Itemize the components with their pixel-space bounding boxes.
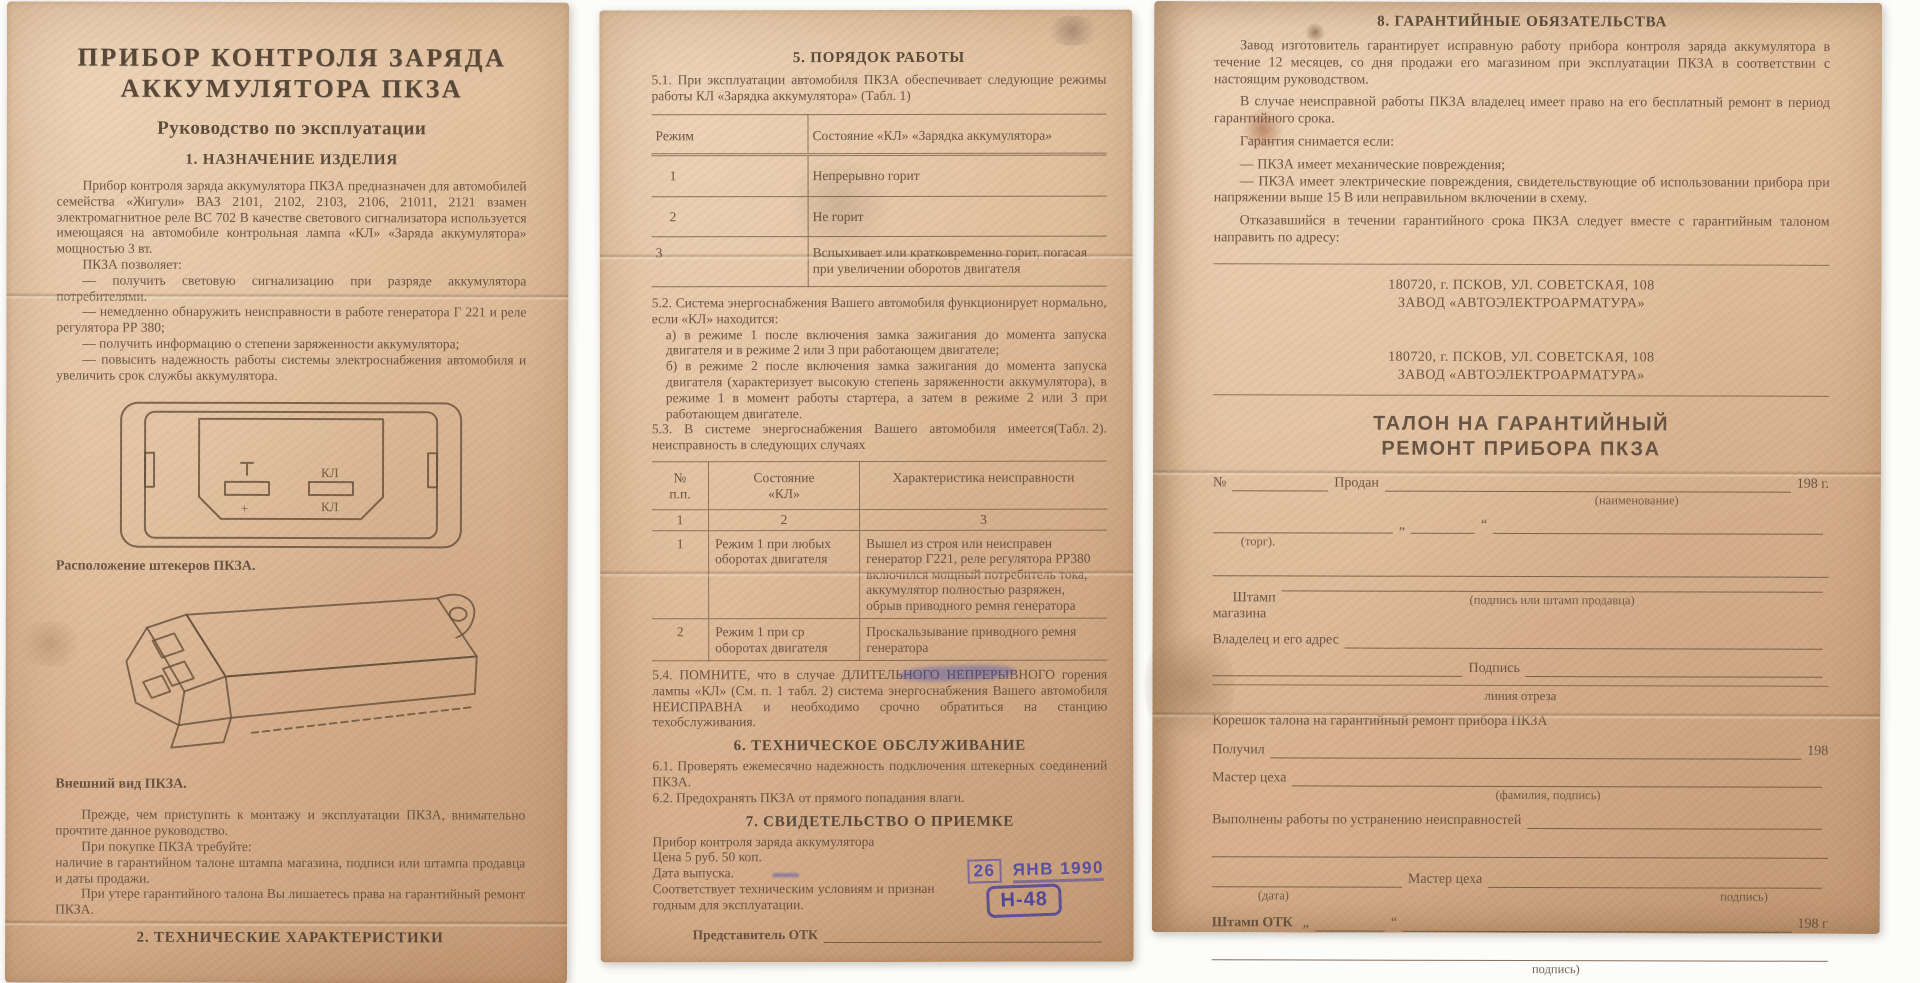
purpose-paragraph: Прибор контроля заряда аккумулятора ПКЗА… xyxy=(56,178,526,258)
acceptance-block: Прибор контроля заряда аккумулятора Цена… xyxy=(652,833,1107,913)
otk-representative-label: Представитель ОТК xyxy=(693,927,818,943)
faults-table: № п.п. Состояние «КЛ» Характеристика неи… xyxy=(652,461,1107,662)
header-fault: Характеристика неисправности xyxy=(859,461,1107,509)
master-caption: (фамилия, подпись) xyxy=(1495,788,1600,803)
table-row: 2 Не горит xyxy=(652,196,1107,237)
warranty-paragraph-2: В случае неисправной работы ПКЗА владеле… xyxy=(1214,95,1830,130)
sold-row: № Продан 198 г. xyxy=(1213,475,1829,493)
works-row: Выполнены работы по устранению неисправн… xyxy=(1212,812,1828,830)
device-name-line: Прибор контроля заряда аккумулятора xyxy=(652,833,1107,849)
form-blank xyxy=(1232,476,1328,491)
figure-label-kl-top: КЛ xyxy=(321,465,339,480)
section-2-heading: 2. ТЕХНИЧЕСКИЕ ХАРАКТЕРИСТИКИ xyxy=(55,929,525,947)
form-blank xyxy=(1212,945,1828,962)
header-state: Состояние «КЛ» xyxy=(708,462,859,510)
bullet-1: — получить световую сигнализацию при раз… xyxy=(56,272,526,305)
paragraph-5-4: 5.4. ПОМНИТЕ, что в случае ДЛИТЕЛЬНОГО Н… xyxy=(652,667,1107,731)
form-blank xyxy=(1212,842,1828,859)
manual-subtitle: Руководство по эксплуатации xyxy=(57,118,527,141)
fault-cell: Проскальзывание приводного ремня генерат… xyxy=(860,618,1108,660)
stain xyxy=(1042,16,1102,46)
form-blank xyxy=(1292,771,1822,787)
paragraph-5-1: 5.1. При эксплуатации автомобиля ПКЗА об… xyxy=(651,72,1106,104)
shop-word: магазина xyxy=(1213,606,1276,622)
table-header-row: № п.п. Состояние «КЛ» Характеристика неи… xyxy=(652,461,1107,510)
manual-title: ПРИБОР КОНТРОЛЯ ЗАРЯДА АККУМУЛЯТОРА ПКЗА xyxy=(57,42,527,105)
table-row: 3 Вспыхивает или кратковременно горит, п… xyxy=(652,236,1107,287)
state-cell: Не горит xyxy=(808,196,1107,237)
caption-row: (фамилия, подпись) xyxy=(1212,787,1828,804)
paragraph-5-3: (Табл. 2). 5.3. В системе энергоснабжени… xyxy=(652,421,1107,453)
quote-close: “ xyxy=(1391,915,1397,931)
section-7-heading: 7. СВИДЕТЕЛЬСТВО О ПРИЕМКЕ xyxy=(652,813,1107,831)
table-index-row: 1 2 3 xyxy=(652,509,1107,530)
form-blank xyxy=(1488,872,1822,888)
shop-stamp-label: Штамп магазина xyxy=(1213,590,1276,622)
modes-table: Режим Состояние «КЛ» «Зарядка аккумулято… xyxy=(651,113,1106,287)
address-line-1: 180720, г. ПСКОВ, УЛ. СОВЕТСКАЯ, 108 xyxy=(1213,348,1829,368)
state-cell: Непрерывно горит xyxy=(808,154,1107,196)
title-line-2: АККУМУЛЯТОРА ПКЗА xyxy=(57,73,527,105)
paragraph-6-1: 6.1. Проверять ежемесячно надежность под… xyxy=(652,758,1107,790)
table-row: 1 Режим 1 при любых оборотах двигателя В… xyxy=(652,530,1107,619)
warranty-bullet-2: — ПКЗА имеет электрические повреждения, … xyxy=(1214,174,1830,209)
form-blank xyxy=(1411,518,1475,533)
fold-crease xyxy=(5,919,567,927)
date-master-row: Мастер цеха xyxy=(1212,871,1828,889)
index-cell: 2 xyxy=(709,510,860,531)
cut-rule xyxy=(1212,684,1828,687)
seller-caption: (подпись или штамп продавца) xyxy=(1276,592,1829,608)
quote-close: “ xyxy=(1481,518,1487,534)
otk-signature-row: Представитель ОТК xyxy=(653,926,1108,943)
received-label: Получил xyxy=(1212,742,1264,758)
section-8-heading: 8. ГАРАНТИЙНЫЕ ОБЯЗАТЕЛЬСТВА xyxy=(1214,13,1830,32)
otk-stamp-label: Штамп ОТК xyxy=(1212,915,1293,931)
name-caption: (наименование) xyxy=(1595,493,1679,508)
state-cell: Режим 1 при ср оборотах двигателя xyxy=(709,619,860,661)
figure-label-kl-bottom: КЛ xyxy=(321,499,339,514)
allows-paragraph: ПКЗА позволяет: xyxy=(56,257,526,274)
scanned-manual-pkza: ПРИБОР КОНТРОЛЯ ЗАРЯДА АККУМУЛЯТОРА ПКЗА… xyxy=(0,0,1920,983)
signature-row: Подпись xyxy=(1212,660,1828,678)
paragraph-5-2b: б) в режиме 2 после включения замка зажи… xyxy=(652,358,1107,422)
bullet-4: — повысить надежность работы системы эле… xyxy=(56,351,526,384)
figure-1-caption: Расположение штекеров ПКЗА. xyxy=(56,559,526,576)
conformity-line: Соответствует техническим условиям и при… xyxy=(653,881,935,913)
torg-caption: (торг). xyxy=(1241,534,1275,549)
form-blank xyxy=(1271,743,1802,759)
form-no-label: № xyxy=(1213,475,1226,491)
warranty-return-paragraph: Отказавшийся в течении гарантийного срок… xyxy=(1214,213,1830,248)
blank-row xyxy=(1213,561,1829,578)
paragraph-5-4-wrap: 5.4. ПОМНИТЕ, что в случае ДЛИТЕЛЬНОГО Н… xyxy=(652,667,1107,731)
mode-cell: 2 xyxy=(652,196,809,237)
table-row: 2 Режим 1 при ср оборотах двигателя Прос… xyxy=(652,618,1107,661)
section-1-heading: 1. НАЗНАЧЕНИЕ ИЗДЕЛИЯ xyxy=(57,152,527,170)
coupon-title-line-2: РЕМОНТ ПРИБОРА ПКЗА xyxy=(1213,436,1829,463)
form-blank xyxy=(1403,916,1791,932)
date-stamp: 26 ЯНВ 1990 xyxy=(967,858,1104,882)
form-sold-label: Продан xyxy=(1334,475,1379,491)
figure-2-caption: Внешний вид ПКЗА. xyxy=(55,777,525,794)
figure-label-plus: + xyxy=(241,501,248,516)
date-stamp-day: 26 xyxy=(967,858,1002,883)
year-label: 198 г xyxy=(1798,916,1828,932)
table-2-reference: (Табл. 2). xyxy=(1054,421,1107,437)
fault-cell: Вышел из строя или неисправен генератор … xyxy=(860,530,1108,619)
number-cell: 1 xyxy=(652,530,709,619)
form-blank xyxy=(1526,662,1823,678)
form-blank xyxy=(1345,633,1823,649)
form-blank xyxy=(1212,872,1402,887)
section-5-heading: 5. ПОРЯДОК РАБОТЫ xyxy=(651,50,1106,68)
date-caption: (дата) xyxy=(1258,888,1289,903)
master-2-label: Мастер цеха xyxy=(1408,871,1482,887)
form-blank xyxy=(1212,661,1462,677)
quote-open: „ xyxy=(1303,915,1309,931)
shop-stamp-blank: (подпись или штамп продавца) xyxy=(1276,590,1829,608)
signature-label: Подпись xyxy=(1468,661,1519,677)
caption-row: подпись) xyxy=(1212,961,1828,978)
cut-line-label: линия отреза xyxy=(1212,687,1828,705)
table-row: 1 Непрерывно горит xyxy=(652,154,1107,196)
index-cell: 3 xyxy=(860,509,1108,530)
factory-address-repeat: 180720, г. ПСКОВ, УЛ. СОВЕТСКАЯ, 108 ЗАВ… xyxy=(1213,348,1829,386)
form-blank xyxy=(824,927,1102,942)
header-number: № п.п. xyxy=(652,462,709,510)
torg-row: „ “ xyxy=(1213,517,1829,535)
paragraph-5-2: 5.2. Система энергоснабжения Вашего авто… xyxy=(652,295,1107,327)
master-row: Мастер цеха xyxy=(1212,770,1828,788)
coupon-title-line-1: ТАЛОН НА ГАРАНТИЙНЫЙ xyxy=(1213,411,1829,438)
before-install-paragraph: Прежде, чем приступить к монтажу и экспл… xyxy=(55,807,525,840)
bullet-3: — получить информацию о степени заряженн… xyxy=(56,335,526,352)
divider xyxy=(1213,394,1829,397)
otk-stamp-row: Штамп ОТК „ “ 198 г xyxy=(1212,915,1828,933)
form-blank xyxy=(1493,519,1823,535)
mode-cell: 3 xyxy=(652,237,809,287)
caption-row: (торг). xyxy=(1213,534,1829,551)
connector-layout-figure: + КЛ КЛ xyxy=(117,399,465,552)
warranty-note-paragraph: наличие в гарантийном талоне штампа мага… xyxy=(55,854,525,887)
owner-label: Владелец и его адрес xyxy=(1213,632,1339,648)
stamp-word: Штамп xyxy=(1233,590,1276,606)
table-header-row: Режим Состояние «КЛ» «Зарядка аккумулято… xyxy=(651,114,1106,155)
paragraph-5-2a: а) в режиме 1 после включения замка зажи… xyxy=(652,326,1107,358)
divider xyxy=(1214,263,1830,266)
number-cell: 2 xyxy=(652,619,709,661)
bullet-2: — немедленно обнаружить неисправности в … xyxy=(56,304,526,337)
stub-text: Корешок талона на гарантийный ремонт при… xyxy=(1212,713,1693,731)
mode-cell: 1 xyxy=(652,155,809,197)
page-2-operation: 5. ПОРЯДОК РАБОТЫ 5.1. При эксплуатации … xyxy=(599,10,1133,963)
sign-caption: подпись) xyxy=(1532,962,1580,977)
purchase-paragraph: При покупке ПКЗА требуйте: xyxy=(55,838,525,855)
date-stamp-rest: ЯНВ 1990 xyxy=(1012,858,1104,884)
state-cell: Вспыхивает или кратковременно горит, пог… xyxy=(808,236,1107,286)
warranty-paragraph-1: Завод изготовитель гарантирует исправную… xyxy=(1214,38,1830,90)
owner-row: Владелец и его адрес xyxy=(1213,632,1829,650)
master-label: Мастер цеха xyxy=(1212,770,1286,786)
section-6-heading: 6. ТЕХНИЧЕСКОЕ ОБСЛУЖИВАНИЕ xyxy=(652,738,1107,756)
paragraph-6-2: 6.2. Предохранять ПКЗА от прямого попада… xyxy=(652,790,1107,806)
warranty-coupon-form: № Продан 198 г. (наименование) „ “ (торг… xyxy=(1212,475,1829,977)
received-row: Получил 198 xyxy=(1212,742,1828,760)
form-year-label: 198 г. xyxy=(1797,476,1829,492)
otk-box-stamp: Н-48 xyxy=(986,883,1062,918)
title-line-1: ПРИБОР КОНТРОЛЯ ЗАРЯДА xyxy=(57,42,527,74)
sign-caption: подпись) xyxy=(1720,889,1768,904)
coupon-title: ТАЛОН НА ГАРАНТИЙНЫЙ РЕМОНТ ПРИБОРА ПКЗА xyxy=(1213,411,1829,463)
blank-row xyxy=(1212,842,1828,859)
works-text: Выполнены работы по устранению неисправн… xyxy=(1212,812,1521,829)
loss-note-paragraph: При утере гарантийного талона Вы лишаете… xyxy=(55,886,525,919)
state-cell: Режим 1 при любых оборотах двигателя xyxy=(709,530,860,619)
form-blank xyxy=(1213,561,1829,578)
shop-stamp-row: Штамп магазина (подпись или штамп продав… xyxy=(1213,590,1829,624)
year-label: 198 xyxy=(1807,743,1828,759)
form-blank xyxy=(1527,814,1822,830)
quote-open: „ xyxy=(1399,517,1405,533)
warranty-paragraph-3: Гарантия снимается если: xyxy=(1214,134,1830,152)
device-exterior-figure xyxy=(59,583,511,762)
index-cell: 1 xyxy=(652,510,709,531)
address-line-2: ЗАВОД «АВТОЭЛЕКТРОАРМАТУРА» xyxy=(1213,366,1829,386)
caption-row: (дата) подпись) xyxy=(1212,888,1828,905)
header-state: Состояние «КЛ» «Зарядка аккумулятора» xyxy=(808,114,1107,155)
form-blank xyxy=(1385,476,1791,492)
form-blank xyxy=(1213,518,1393,533)
caption-row: (наименование) xyxy=(1213,492,1829,509)
blank-row xyxy=(1212,945,1828,962)
page-3-warranty: 8. ГАРАНТИЙНЫЕ ОБЯЗАТЕЛЬСТВА Завод изгот… xyxy=(1152,1,1882,934)
header-mode: Режим xyxy=(651,114,808,155)
factory-address: 180720, г. ПСКОВ, УЛ. СОВЕТСКАЯ, 108 ЗАВ… xyxy=(1213,276,1829,314)
form-blank xyxy=(1315,916,1385,931)
warranty-bullet-1: — ПКЗА имеет механические повреждения; xyxy=(1214,157,1830,175)
paragraph-5-3-text: 5.3. В системе энергоснабжения Вашего ав… xyxy=(652,421,1054,452)
address-line-2: ЗАВОД «АВТОЭЛЕКТРОАРМАТУРА» xyxy=(1213,294,1829,314)
address-line-1: 180720, г. ПСКОВ, УЛ. СОВЕТСКАЯ, 108 xyxy=(1213,276,1829,296)
page-1-instructions: ПРИБОР КОНТРОЛЯ ЗАРЯДА АККУМУЛЯТОРА ПКЗА… xyxy=(5,1,569,983)
